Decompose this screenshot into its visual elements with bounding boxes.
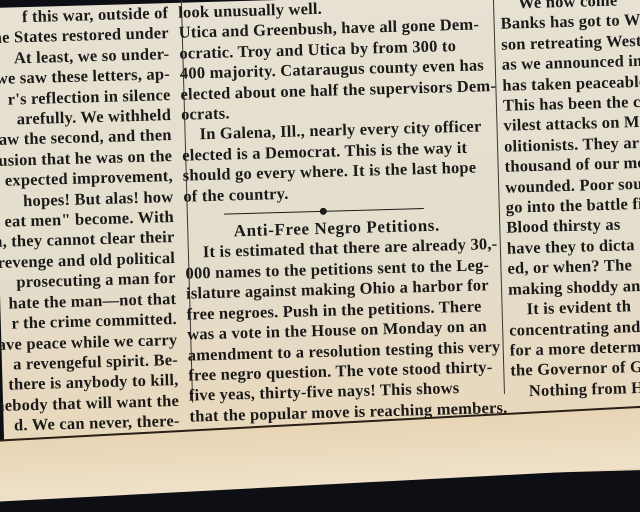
left-column: f this war, outside of he States restore… bbox=[0, 3, 180, 437]
right-column: We now come Banks has got to Winc son re… bbox=[500, 0, 640, 402]
text-line: Nothing from H bbox=[511, 377, 640, 402]
text-line: It is evident th bbox=[508, 295, 640, 320]
middle-column: look unusually well. Utica and Greenbush… bbox=[178, 0, 495, 427]
